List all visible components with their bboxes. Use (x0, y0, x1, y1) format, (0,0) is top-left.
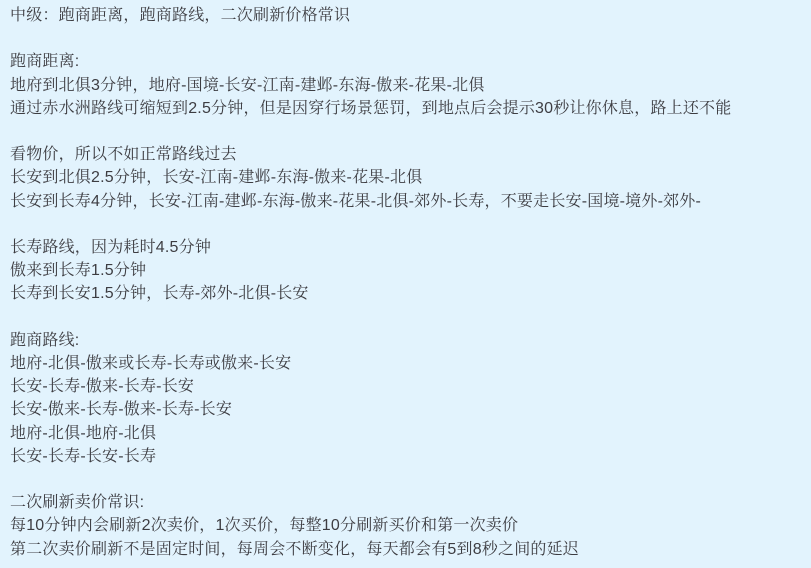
text-line: 长安-傲来-长寿-傲来-长寿-长安 (10, 398, 801, 421)
para-refresh-price-knowledge: 二次刷新卖价常识: 每10分钟内会刷新2次卖价，1次买价，每整10分刷新买价和第… (10, 491, 801, 561)
section-heading: 二次刷新卖价常识: (10, 491, 801, 514)
text-line: 长寿路线，因为耗时4.5分钟 (10, 236, 801, 259)
text-line: 傲来到长寿1.5分钟 (10, 259, 801, 282)
para-title: 中级：跑商距离，跑商路线，二次刷新价格常识 (10, 4, 801, 27)
section-heading: 跑商路线: (10, 329, 801, 352)
para-changshou-route: 长寿路线，因为耗时4.5分钟 傲来到长寿1.5分钟 长寿到长安1.5分钟，长寿-… (10, 236, 801, 306)
text-line: 长安-长寿-长安-长寿 (10, 445, 801, 468)
title-line: 中级：跑商距离，跑商路线，二次刷新价格常识 (10, 4, 801, 27)
page: { "page": { "background_color": "#e2f3fd… (0, 0, 811, 568)
para-trade-routes: 跑商路线: 地府-北俱-傲来或长寿-长寿或傲来-长安 长安-长寿-傲来-长寿-长… (10, 329, 801, 468)
text-line: 长寿到长安1.5分钟，长寿-郊外-北俱-长安 (10, 282, 801, 305)
section-heading: 跑商距离: (10, 50, 801, 73)
text-line: 长安到北俱2.5分钟，长安-江南-建邺-东海-傲来-花果-北俱 (10, 166, 801, 189)
text-line: 第二次卖价刷新不是固定时间，每周会不断变化，每天都会有5到8秒之间的延迟 (10, 538, 801, 561)
text-line: 通过赤水洲路线可缩短到2.5分钟，但是因穿行场景惩罚，到地点后会提示30秒让你休… (10, 97, 801, 120)
para-trade-distance: 跑商距离: 地府到北俱3分钟，地府-国境-长安-江南-建邺-东海-傲来-花果-北… (10, 50, 801, 120)
text-line: 地府-北俱-地府-北俱 (10, 422, 801, 445)
text-line: 长安到长寿4分钟，长安-江南-建邺-东海-傲来-花果-北俱-郊外-长寿，不要走长… (10, 190, 801, 213)
document: 中级：跑商距离，跑商路线，二次刷新价格常识 跑商距离: 地府到北俱3分钟，地府-… (0, 0, 811, 561)
text-line: 长安-长寿-傲来-长寿-长安 (10, 375, 801, 398)
text-line: 地府到北俱3分钟，地府-国境-长安-江南-建邺-东海-傲来-花果-北俱 (10, 74, 801, 97)
text-line: 地府-北俱-傲来或长寿-长寿或傲来-长安 (10, 352, 801, 375)
text-line: 每10分钟内会刷新2次卖价，1次买价，每整10分刷新买价和第一次卖价 (10, 514, 801, 537)
para-distance-continued: 看物价，所以不如正常路线过去 长安到北俱2.5分钟，长安-江南-建邺-东海-傲来… (10, 143, 801, 213)
text-line: 看物价，所以不如正常路线过去 (10, 143, 801, 166)
